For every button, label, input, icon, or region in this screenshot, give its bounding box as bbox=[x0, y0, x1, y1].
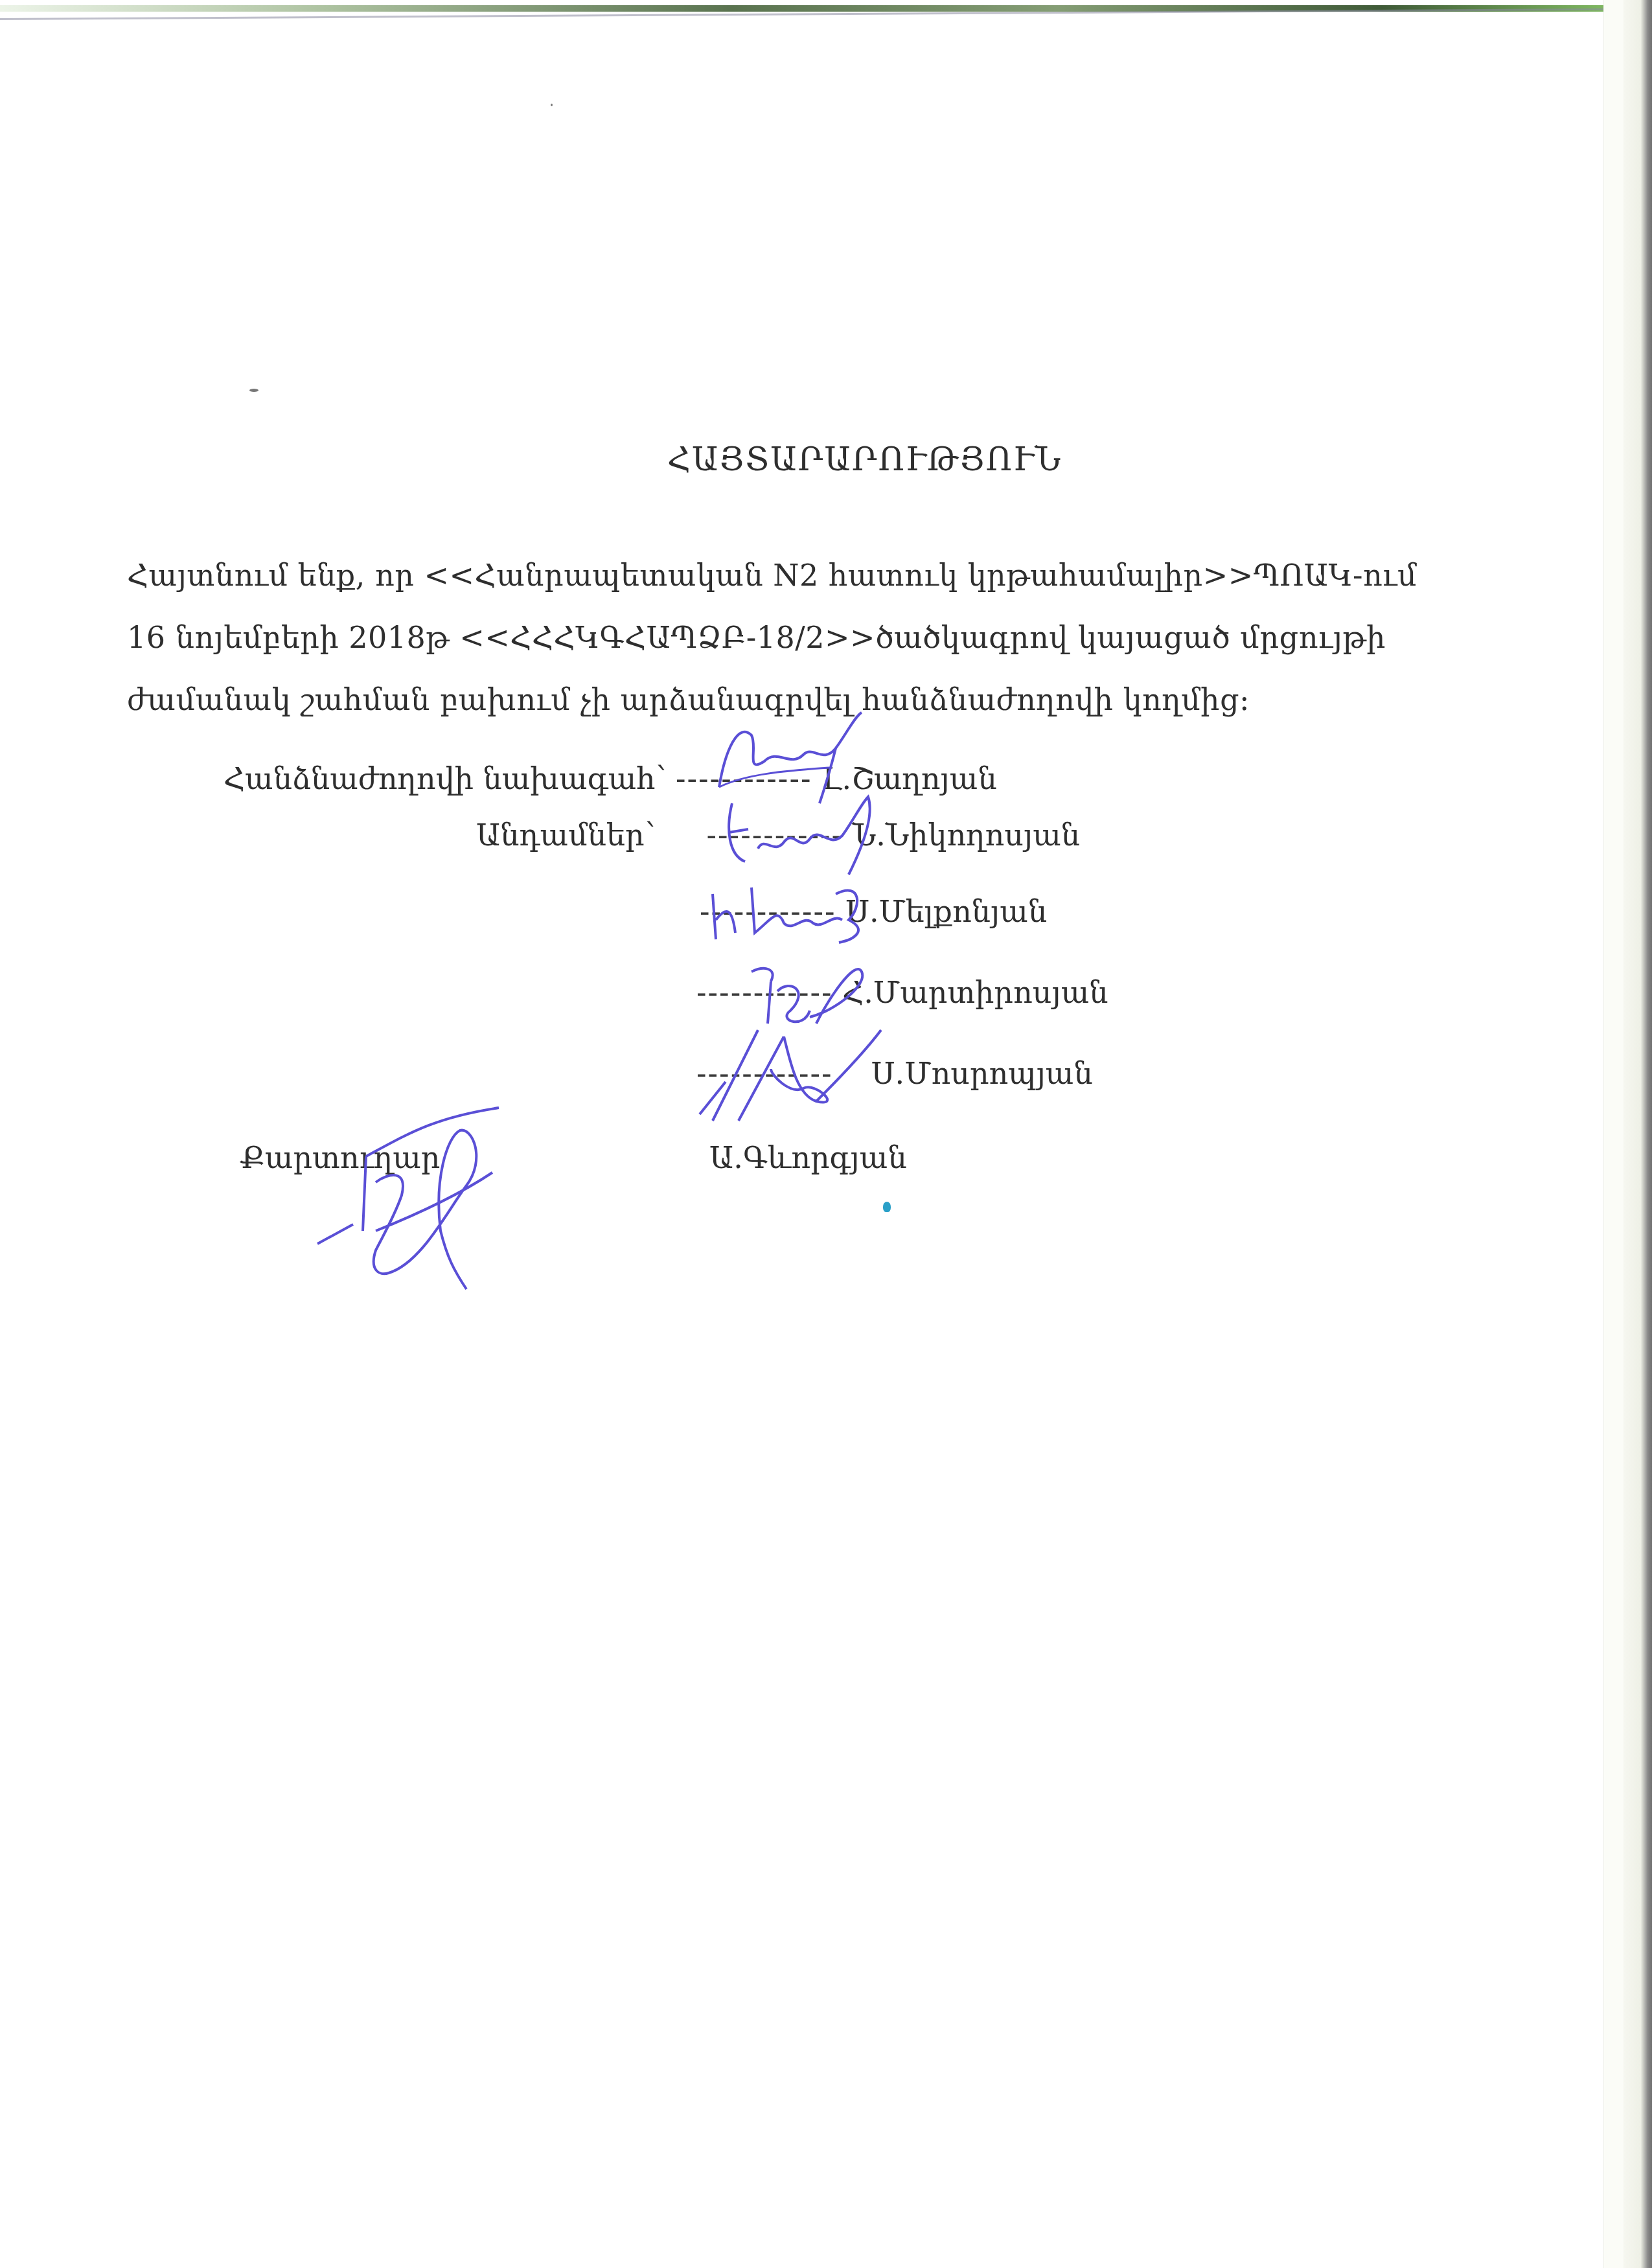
signature-line: ------------ bbox=[700, 894, 836, 929]
secretary-row: Քարտուղար bbox=[240, 1140, 440, 1175]
member-name-1: Ն.Նիկողոսյան bbox=[853, 818, 1080, 853]
ink-dot bbox=[883, 1202, 891, 1212]
chair-label: Հանձնաժողովի նախագահ՝ bbox=[224, 761, 666, 796]
scan-right-strip bbox=[1603, 0, 1623, 2268]
chair-name: Լ.Շաղոյան bbox=[821, 761, 997, 796]
secretary-name: Ա.Գևորգյան bbox=[709, 1140, 907, 1175]
signature-line: ------------ bbox=[696, 975, 833, 1010]
member-row-4: ------------ Ս.Մոսրոպյան bbox=[696, 1056, 1093, 1091]
signature-line: ------------ bbox=[707, 818, 843, 853]
secretary-name-row: Ա.Գևորգյան bbox=[709, 1140, 907, 1175]
member-name-2: Ս.Մելքոնյան bbox=[845, 894, 1047, 929]
signature-line: ------------ bbox=[696, 1056, 833, 1091]
paragraph-line-3: ժամանակ շահման բախում չի արձանագրվել հան… bbox=[127, 669, 1455, 731]
member-row-2: ------------ Ս.Մելքոնյան bbox=[700, 894, 1047, 929]
paragraph-line-1: Հայտնում ենք, որ <<Հանրապետական N2 հատու… bbox=[127, 544, 1455, 606]
scan-speck bbox=[551, 104, 553, 106]
document-title: ՀԱՅՏԱՐԱՐՈՒԹՅՈՒՆ bbox=[667, 441, 1062, 478]
member-row-1: Անդամներ՝ ------------ Ն.Նիկողոսյան bbox=[476, 818, 1080, 853]
member-name-3: Հ.Մարտիրոսյան bbox=[842, 975, 1108, 1010]
member-name-4: Ս.Մոսրոպյան bbox=[871, 1056, 1093, 1091]
paragraph-line-2: 16 նոյեմբերի 2018թ <<ՀՀՀԿԳՀԱՊՁԲ-18/2>>ծա… bbox=[127, 606, 1455, 669]
members-label: Անդամներ՝ bbox=[476, 818, 655, 853]
declaration-paragraph: Հայտնում ենք, որ <<Հանրապետական N2 հատու… bbox=[127, 544, 1455, 731]
chair-row: Հանձնաժողովի նախագահ՝ ------------ Լ.Շաղ… bbox=[224, 761, 997, 796]
scan-speck bbox=[249, 389, 258, 392]
member-row-3: ------------ Հ.Մարտիրոսյան bbox=[696, 975, 1108, 1010]
scan-right-edge bbox=[1623, 0, 1652, 2268]
signature-secretary bbox=[304, 1101, 518, 1296]
secretary-label: Քարտուղար bbox=[240, 1140, 440, 1175]
signature-line: ------------ bbox=[676, 761, 812, 796]
